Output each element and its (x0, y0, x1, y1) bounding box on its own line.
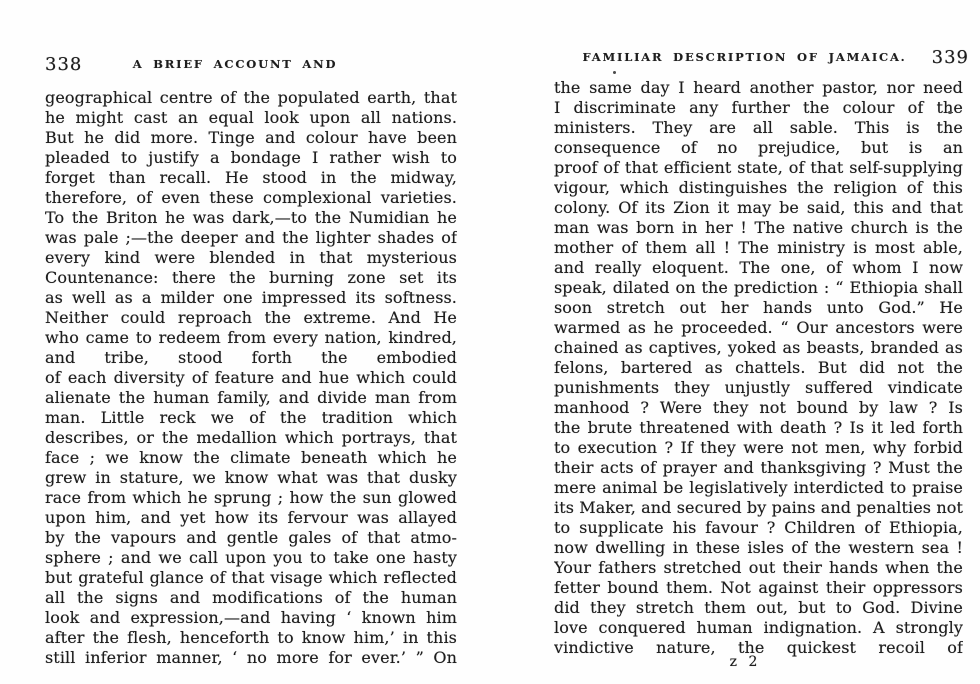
text-line: geographical centre of the populated ear… (45, 88, 457, 108)
text-line: their acts of prayer and thanksgiving ? … (554, 458, 963, 478)
text-line: forget than recall. He stood in the midw… (45, 168, 457, 188)
text-line: the same day I heard another pastor, nor… (554, 78, 963, 98)
text-line: colony. Of its Zion it may be said, this… (554, 198, 963, 218)
scan-speck (613, 71, 616, 74)
text-line: fetter bound them. Not against their opp… (554, 578, 963, 598)
text-line: manhood ? Were they not bound by law ? I… (554, 398, 963, 418)
text-line: its Maker, and secured by pains and pena… (554, 498, 963, 518)
text-line: felons, bartered as chattels. But did no… (554, 358, 963, 378)
text-line: soon stretch out her hands unto God.” He (554, 298, 963, 318)
text-line: Countenance: there the burning zone set … (45, 268, 457, 288)
text-line: did they stretch them out, but to God. D… (554, 598, 963, 618)
text-line: upon him, and yet how its fervour was al… (45, 508, 457, 528)
text-line: describes, or the medallion which portra… (45, 428, 457, 448)
text-line: punishments they unjustly suffered vindi… (554, 378, 963, 398)
text-line: but grateful glance of that visage which… (45, 568, 457, 588)
text-line: race from which he sprung ; how the sun … (45, 488, 457, 508)
book-spread: 338 A BRIEF ACCOUNT AND geographical cen… (0, 0, 980, 684)
text-line: man. Little reck we of the tradition whi… (45, 408, 457, 428)
text-line: Neither could reproach the extreme. And … (45, 308, 457, 328)
text-line: proof of that efficient state, of that s… (554, 158, 963, 178)
text-line: look and expression,—and having ‘ known … (45, 608, 457, 628)
left-running-title: A BRIEF ACCOUNT AND (133, 57, 337, 71)
text-line: mere animal be legislatively interdicted… (554, 478, 963, 498)
text-line: every kind were blended in that mysterio… (45, 248, 457, 268)
text-line: all the signs and modifications of the h… (45, 588, 457, 608)
text-line: of each diversity of feature and hue whi… (45, 368, 457, 388)
text-line: was pale ;—the deeper and the lighter sh… (45, 228, 457, 248)
right-page-number: 339 (932, 49, 969, 67)
text-line: mother of them all ! The ministry is mos… (554, 238, 963, 258)
left-page-header: 338 A BRIEF ACCOUNT AND (45, 54, 457, 72)
text-line: and really eloquent. The one, of whom I … (554, 258, 963, 278)
text-line: he might cast an equal look upon all nat… (45, 108, 457, 128)
signature-mark: z 2 (554, 654, 934, 670)
text-line: grew in stature, we know what was that d… (45, 468, 457, 488)
scan-speck (948, 111, 952, 114)
text-line: after the flesh, henceforth to know him,… (45, 628, 457, 648)
left-page-number: 338 (45, 56, 82, 74)
text-line: love conquered human indignation. A stro… (554, 618, 963, 638)
text-line: Your fathers stretched out their hands w… (554, 558, 963, 578)
text-line: consequence of no prejudice, but is an i… (554, 138, 963, 158)
text-line: to execution ? If they were not men, why… (554, 438, 963, 458)
text-line: still inferior manner, ‘ no more for eve… (45, 648, 457, 668)
text-line: But he did more. Tinge and colour have b… (45, 128, 457, 148)
text-line: now dwelling in these isles of the weste… (554, 538, 963, 558)
text-line: therefore, of even these complexional va… (45, 188, 457, 208)
text-line: face ; we know the climate beneath which… (45, 448, 457, 468)
text-line: vigour, which distinguishes the religion… (554, 178, 963, 198)
text-line: who came to redeem from every nation, ki… (45, 328, 457, 348)
right-page-header: FAMILIAR DESCRIPTION OF JAMAICA. 339 (554, 47, 963, 65)
text-line: ministers. They are all sable. This is t… (554, 118, 963, 138)
text-line: as well as a milder one impressed its so… (45, 288, 457, 308)
text-line: alienate the human family, and divide ma… (45, 388, 457, 408)
text-line: sphere ; and we call upon you to take on… (45, 548, 457, 568)
text-line: and tribe, stood forth the embodied repr… (45, 348, 457, 368)
text-line: pleaded to justify a bondage I rather wi… (45, 148, 457, 168)
text-line: warmed as he proceeded. “ Our ancestors … (554, 318, 963, 338)
text-line: I discriminate any further the colour of… (554, 98, 963, 118)
text-line: by the vapours and gentle gales of that … (45, 528, 457, 548)
text-line: To the Briton he was dark,—to the Numidi… (45, 208, 457, 228)
text-line: speak, dilated on the prediction : “ Eth… (554, 278, 963, 298)
text-line: chained as captives, yoked as beasts, br… (554, 338, 963, 358)
right-page-body: the same day I heard another pastor, nor… (554, 78, 963, 658)
right-running-title: FAMILIAR DESCRIPTION OF JAMAICA. (583, 50, 907, 64)
text-line: man was born in her ! The native church … (554, 218, 963, 238)
left-page-body: geographical centre of the populated ear… (45, 88, 457, 668)
text-line: to supplicate his favour ? Children of E… (554, 518, 963, 538)
text-line: the brute threatened with death ? Is it … (554, 418, 963, 438)
